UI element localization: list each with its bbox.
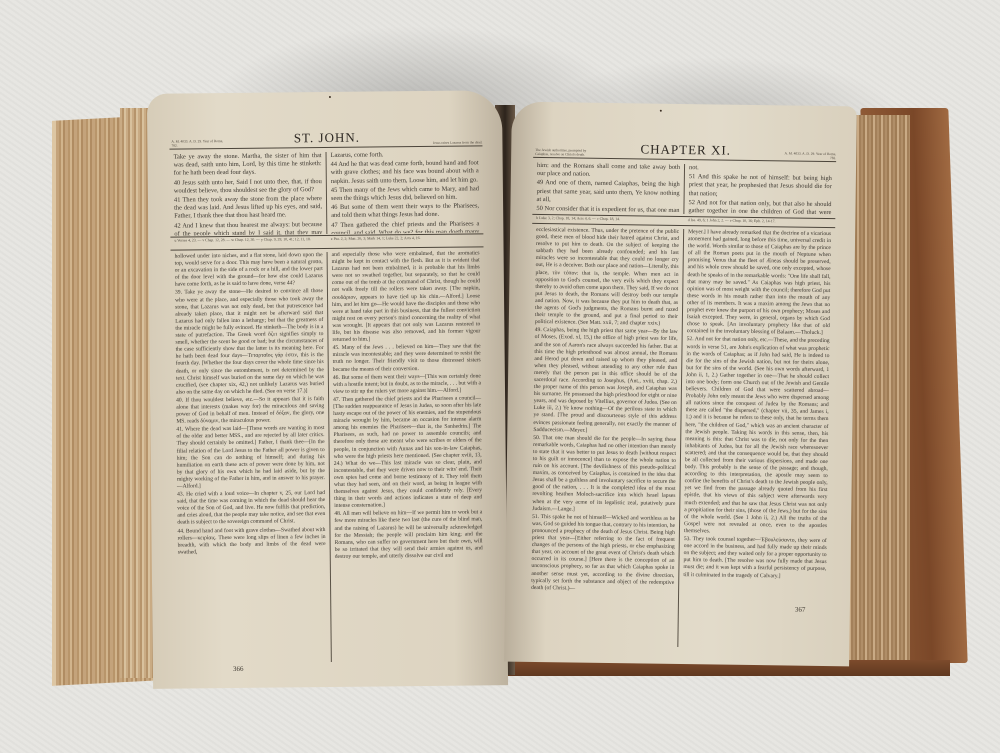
right-page-title: CHAPTER XI. bbox=[640, 141, 731, 158]
left-commentary: hollowed under into niches, and a flat s… bbox=[171, 250, 488, 663]
left-head-topic: Jesus raises Lazarus from the dead. bbox=[427, 140, 482, 145]
dust-speck bbox=[660, 110, 662, 112]
left-scripture-text: Take ye away the stone. Martha, the sist… bbox=[170, 150, 484, 235]
right-page-number: 367 bbox=[795, 606, 806, 614]
right-page: The Jewish authorities, prompted by Caia… bbox=[504, 102, 857, 667]
left-page-number: 366 bbox=[233, 665, 244, 673]
left-commentary-col-2: and especially those who were embalmed, … bbox=[327, 250, 488, 662]
right-scripture-text: him: and the Romans shall come and take … bbox=[532, 162, 836, 216]
left-page-title: ST. JOHN. bbox=[294, 130, 360, 147]
right-commentary-col-2: Meyer.] I have already remarked that the… bbox=[677, 229, 835, 649]
left-scripture-col-1: Take ye away the stone. Martha, the sist… bbox=[170, 152, 327, 236]
right-head-topic: The Jewish authorities, prompted by Caia… bbox=[535, 148, 590, 157]
left-head-date: A. M. 4033. A. D. 29. Year of Rome, 782. bbox=[171, 139, 226, 148]
left-page: A. M. 4033. A. D. 29. Year of Rome, 782.… bbox=[147, 90, 508, 689]
right-head-date: A. M. 4033. A. D. 29. Year of Rome, 782. bbox=[781, 151, 836, 160]
right-commentary-col-1: ecclesiastical existence. Thus, under th… bbox=[526, 227, 683, 647]
left-scripture-col-2: Lazarus, come forth. 44 And he that was … bbox=[326, 150, 484, 234]
right-scripture-col-1: him: and the Romans shall come and take … bbox=[532, 162, 684, 214]
right-commentary: ecclesiastical existence. Thus, under th… bbox=[526, 227, 835, 649]
dust-speck bbox=[329, 96, 331, 98]
right-scripture-col-2: not. 51 And this spake he not of himself… bbox=[683, 164, 836, 216]
photo-scene: A. M. 4033. A. D. 29. Year of Rome, 782.… bbox=[0, 0, 1000, 753]
left-commentary-col-1: hollowed under into niches, and a flat s… bbox=[171, 252, 331, 664]
